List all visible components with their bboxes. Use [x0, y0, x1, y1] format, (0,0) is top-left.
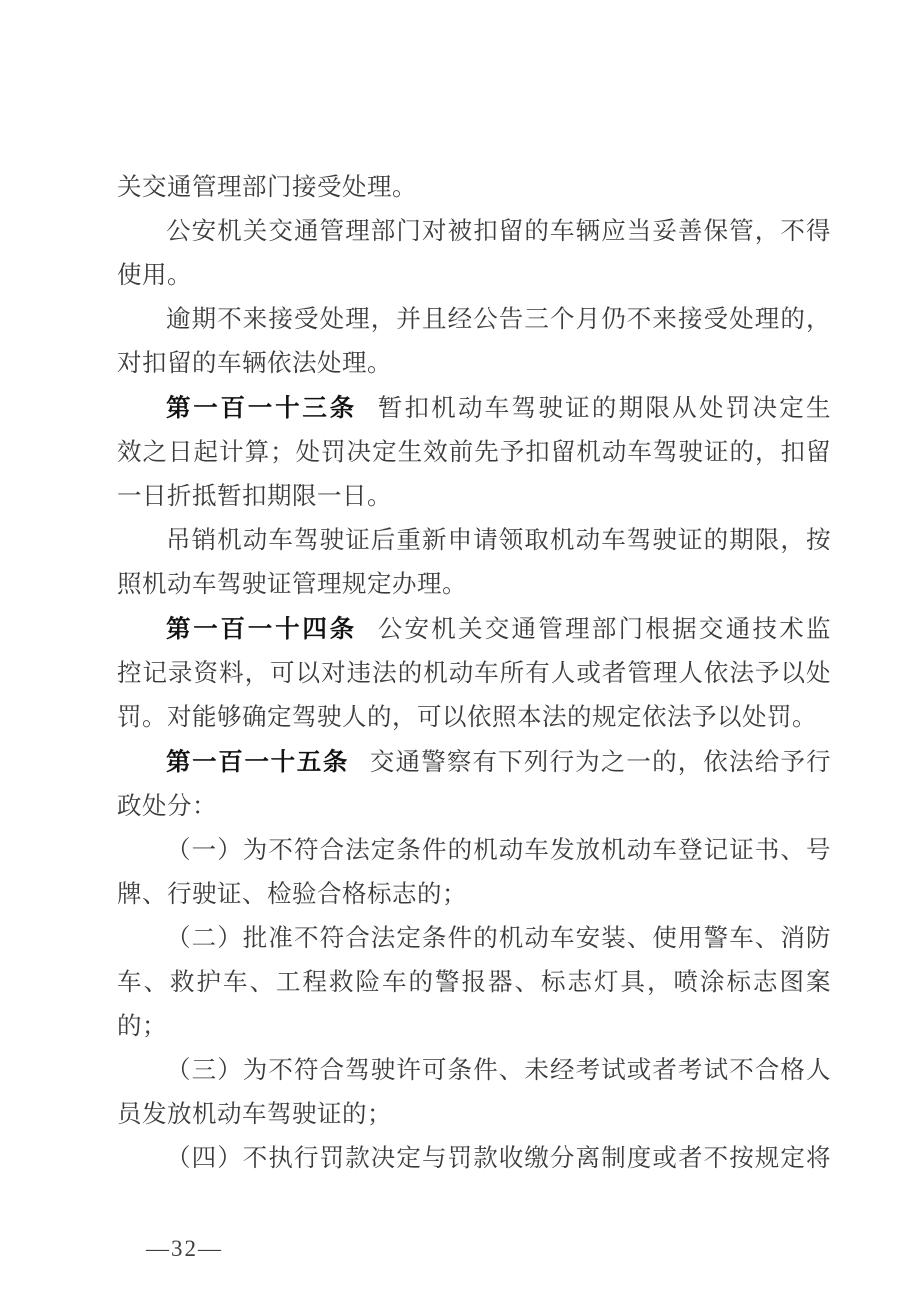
body-line: 控记录资料，可以对违法的机动车所有人或者管理人依法予以处	[117, 652, 831, 696]
article-number: 第一百一十五条	[166, 747, 349, 776]
body-line: 照机动车驾驶证管理规定办理。	[117, 563, 831, 607]
article-number: 第一百一十三条	[166, 393, 357, 422]
body-line: 逾期不来接受处理，并且经公告三个月仍不来接受处理的，	[117, 298, 831, 342]
body-line: 公安机关交通管理部门对被扣留的车辆应当妥善保管，不得	[117, 210, 831, 254]
body-line: 一日折抵暂扣期限一日。	[117, 475, 831, 519]
body-line: 使用。	[117, 254, 831, 298]
body-line: 车、救护车、工程救险车的警报器、标志灯具，喷涂标志图案的；	[117, 961, 831, 1049]
body-line: 吊销机动车驾驶证后重新申请领取机动车驾驶证的期限，按	[117, 519, 831, 563]
body-line: 牌、行驶证、检验合格标志的；	[117, 873, 831, 917]
body-line: 政处分：	[117, 785, 831, 829]
body-line: 第一百一十五条交通警察有下列行为之一的，依法给予行	[117, 740, 831, 785]
body-line: （四）不执行罚款决定与罚款收缴分离制度或者不按规定将	[117, 1137, 831, 1181]
body-line: 第一百一十四条公安机关交通管理部门根据交通技术监	[117, 607, 831, 652]
body-line: 效之日起计算；处罚决定生效前先予扣留机动车驾驶证的，扣留	[117, 431, 831, 475]
document-page: 关交通管理部门接受处理。公安机关交通管理部门对被扣留的车辆应当妥善保管，不得使用…	[0, 0, 920, 1301]
body-line: 第一百一十三条暂扣机动车驾驶证的期限从处罚决定生	[117, 386, 831, 431]
body-line: 罚。对能够确定驾驶人的，可以依照本法的规定依法予以处罚。	[117, 696, 831, 740]
body-line: 对扣留的车辆依法处理。	[117, 342, 831, 386]
article-number: 第一百一十四条	[166, 614, 357, 643]
body-line: （二）批准不符合法定条件的机动车安装、使用警车、消防	[117, 917, 831, 961]
body-line: 关交通管理部门接受处理。	[117, 166, 831, 210]
page-number: —32—	[146, 1236, 223, 1262]
body-line: 员发放机动车驾驶证的；	[117, 1093, 831, 1137]
body-line: （三）为不符合驾驶许可条件、未经考试或者考试不合格人	[117, 1049, 831, 1093]
body-line: （一）为不符合法定条件的机动车发放机动车登记证书、号	[117, 829, 831, 873]
document-body: 关交通管理部门接受处理。公安机关交通管理部门对被扣留的车辆应当妥善保管，不得使用…	[117, 166, 831, 1181]
